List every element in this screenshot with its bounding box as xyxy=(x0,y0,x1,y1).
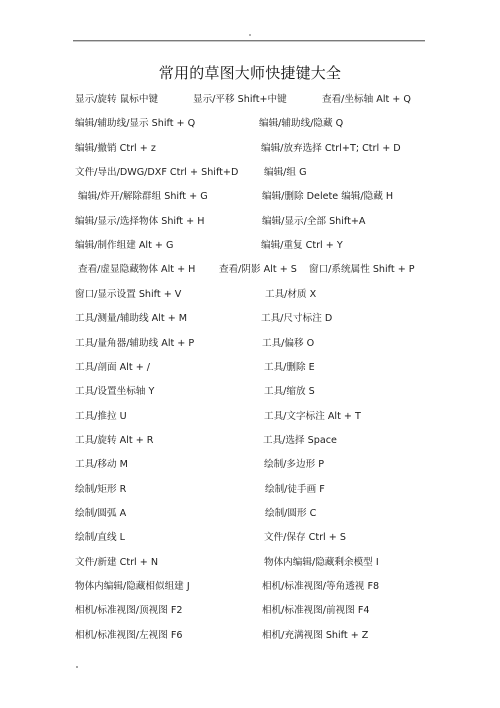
shortcut-row: 工具/测量/辅助线 Alt + M工具/尺寸标注 D xyxy=(0,311,500,327)
shortcut-entry: 工具/缩放 S xyxy=(264,384,315,400)
shortcut-entry: 编辑/辅助线/显示 Shift + Q xyxy=(75,116,195,132)
shortcut-entry: 文件/新建 Ctrl + N xyxy=(75,555,158,571)
shortcut-entry: 工具/删除 E xyxy=(264,360,315,376)
shortcut-entry: 查看/虚显隐藏物体 Alt + H xyxy=(78,262,195,278)
shortcut-entry: 相机/标准视图/左视图 F6 xyxy=(75,628,182,644)
shortcut-entry: 绘制/多边形 P xyxy=(264,457,324,473)
shortcut-entry: 窗口/系统属性 Shift + P xyxy=(309,262,415,278)
shortcut-entry: 编辑/显示/选择物体 Shift + H xyxy=(75,214,204,230)
shortcut-entry: 工具/剖面 Alt + / xyxy=(75,360,150,376)
shortcut-row: 绘制/矩形 R绘制/徒手画 F xyxy=(0,482,500,498)
shortcut-entry: 工具/旋转 Alt + R xyxy=(75,433,153,449)
shortcut-row: 查看/虚显隐藏物体 Alt + H查看/阴影 Alt + S窗口/系统属性 Sh… xyxy=(0,262,500,278)
shortcut-entry: 编辑/放弃选择 Ctrl+T; Ctrl + D xyxy=(261,141,401,157)
shortcut-entry: 工具/偏移 O xyxy=(262,336,314,352)
shortcut-row: 工具/旋转 Alt + R工具/选择 Space xyxy=(0,433,500,449)
shortcut-entry: 工具/测量/辅助线 Alt + M xyxy=(75,311,187,327)
shortcut-entry: 工具/文字标注 Alt + T xyxy=(264,409,361,425)
shortcut-row: 文件/导出/DWG/DXF Ctrl + Shift+D编辑/组 G xyxy=(0,165,500,181)
shortcut-row: 绘制/直线 L文件/保存 Ctrl + S xyxy=(0,530,500,546)
shortcut-entry: 绘制/圆形 C xyxy=(265,506,316,522)
shortcut-entry: 编辑/辅助线/隐藏 Q xyxy=(259,116,343,132)
shortcut-row: 相机/标准视图/顶视图 F2相机/标准视图/前视图 F4 xyxy=(0,603,500,619)
shortcut-row: 编辑/制作组建 Alt + G编辑/重复 Ctrl + Y xyxy=(0,238,500,254)
shortcut-row: 工具/设置坐标轴 Y工具/缩放 S xyxy=(0,384,500,400)
shortcut-entry: 显示/平移 Shift+中键 xyxy=(193,92,287,108)
shortcut-row: 工具/剖面 Alt + /工具/删除 E xyxy=(0,360,500,376)
shortcut-row: 工具/量角器/辅助线 Alt + P工具/偏移 O xyxy=(0,336,500,352)
shortcut-entry: 物体内编辑/隐藏相似组建 J xyxy=(75,579,190,595)
shortcut-entry: 绘制/圆弧 A xyxy=(75,506,126,522)
shortcut-entry: 编辑/删除 Delete 编辑/隐藏 H xyxy=(262,189,393,205)
shortcut-row: 相机/标准视图/左视图 F6相机/充满视图 Shift + Z xyxy=(0,628,500,644)
shortcut-entry: 相机/充满视图 Shift + Z xyxy=(262,628,368,644)
shortcut-entry: 绘制/矩形 R xyxy=(75,482,126,498)
shortcut-row: 工具/推拉 U工具/文字标注 Alt + T xyxy=(0,409,500,425)
shortcut-entry: 编辑/重复 Ctrl + Y xyxy=(261,238,343,254)
shortcut-entry: 文件/导出/DWG/DXF Ctrl + Shift+D xyxy=(75,165,238,181)
shortcut-row: 编辑/撤销 Ctrl + z编辑/放弃选择 Ctrl+T; Ctrl + D xyxy=(0,141,500,157)
shortcut-row: 编辑/显示/选择物体 Shift + H编辑/显示/全部 Shift+A xyxy=(0,214,500,230)
shortcut-entry: 绘制/徒手画 F xyxy=(265,482,325,498)
shortcut-entry: 相机/标准视图/顶视图 F2 xyxy=(75,603,182,619)
footer-mark xyxy=(76,666,78,668)
shortcut-entry: 窗口/显示设置 Shift + V xyxy=(75,287,181,303)
shortcut-entry: 工具/设置坐标轴 Y xyxy=(75,384,154,400)
shortcut-entry: 查看/坐标轴 Alt + Q xyxy=(322,92,411,108)
shortcut-row: 物体内编辑/隐藏相似组建 J相机/标准视图/等角透视 F8 xyxy=(0,579,500,595)
shortcut-row: 编辑/炸开/解除群组 Shift + G编辑/删除 Delete 编辑/隐藏 H xyxy=(0,189,500,205)
shortcut-row: 文件/新建 Ctrl + N物体内编辑/隐藏剩余模型 I xyxy=(0,555,500,571)
shortcut-row: 绘制/圆弧 A绘制/圆形 C xyxy=(0,506,500,522)
shortcut-entry: 编辑/组 G xyxy=(264,165,307,181)
shortcut-row: 窗口/显示设置 Shift + V工具/材质 X xyxy=(0,287,500,303)
shortcut-entry: 编辑/撤销 Ctrl + z xyxy=(75,141,156,157)
shortcut-entry: 相机/标准视图/等角透视 F8 xyxy=(262,579,379,595)
shortcut-entry: 工具/选择 Space xyxy=(263,433,337,449)
shortcut-entry: 查看/阴影 Alt + S xyxy=(219,262,297,278)
shortcut-entry: 显示/旋转 鼠标中键 xyxy=(75,92,158,108)
shortcut-entry: 工具/材质 X xyxy=(265,287,316,303)
shortcut-entry: 物体内编辑/隐藏剩余模型 I xyxy=(264,555,379,571)
shortcut-entry: 文件/保存 Ctrl + S xyxy=(264,530,346,546)
shortcut-entry: 编辑/炸开/解除群组 Shift + G xyxy=(78,189,208,205)
document-title: 常用的草图大师快捷键大全 xyxy=(0,62,500,83)
shortcut-row: 显示/旋转 鼠标中键显示/平移 Shift+中键查看/坐标轴 Alt + Q xyxy=(0,92,500,108)
shortcut-entry: 编辑/制作组建 Alt + G xyxy=(75,238,173,254)
shortcut-entry: 工具/推拉 U xyxy=(75,409,127,425)
shortcut-entry: 工具/尺寸标注 D xyxy=(261,311,332,327)
header-rule xyxy=(73,40,425,42)
shortcut-entry: 相机/标准视图/前视图 F4 xyxy=(262,603,369,619)
shortcut-entry: 工具/量角器/辅助线 Alt + P xyxy=(75,336,194,352)
shortcut-entry: 工具/移动 M xyxy=(75,457,128,473)
shortcut-entry: 编辑/显示/全部 Shift+A xyxy=(262,214,365,230)
header-mark xyxy=(249,34,251,36)
shortcut-row: 工具/移动 M绘制/多边形 P xyxy=(0,457,500,473)
shortcut-entry: 绘制/直线 L xyxy=(75,530,125,546)
shortcut-row: 编辑/辅助线/显示 Shift + Q编辑/辅助线/隐藏 Q xyxy=(0,116,500,132)
